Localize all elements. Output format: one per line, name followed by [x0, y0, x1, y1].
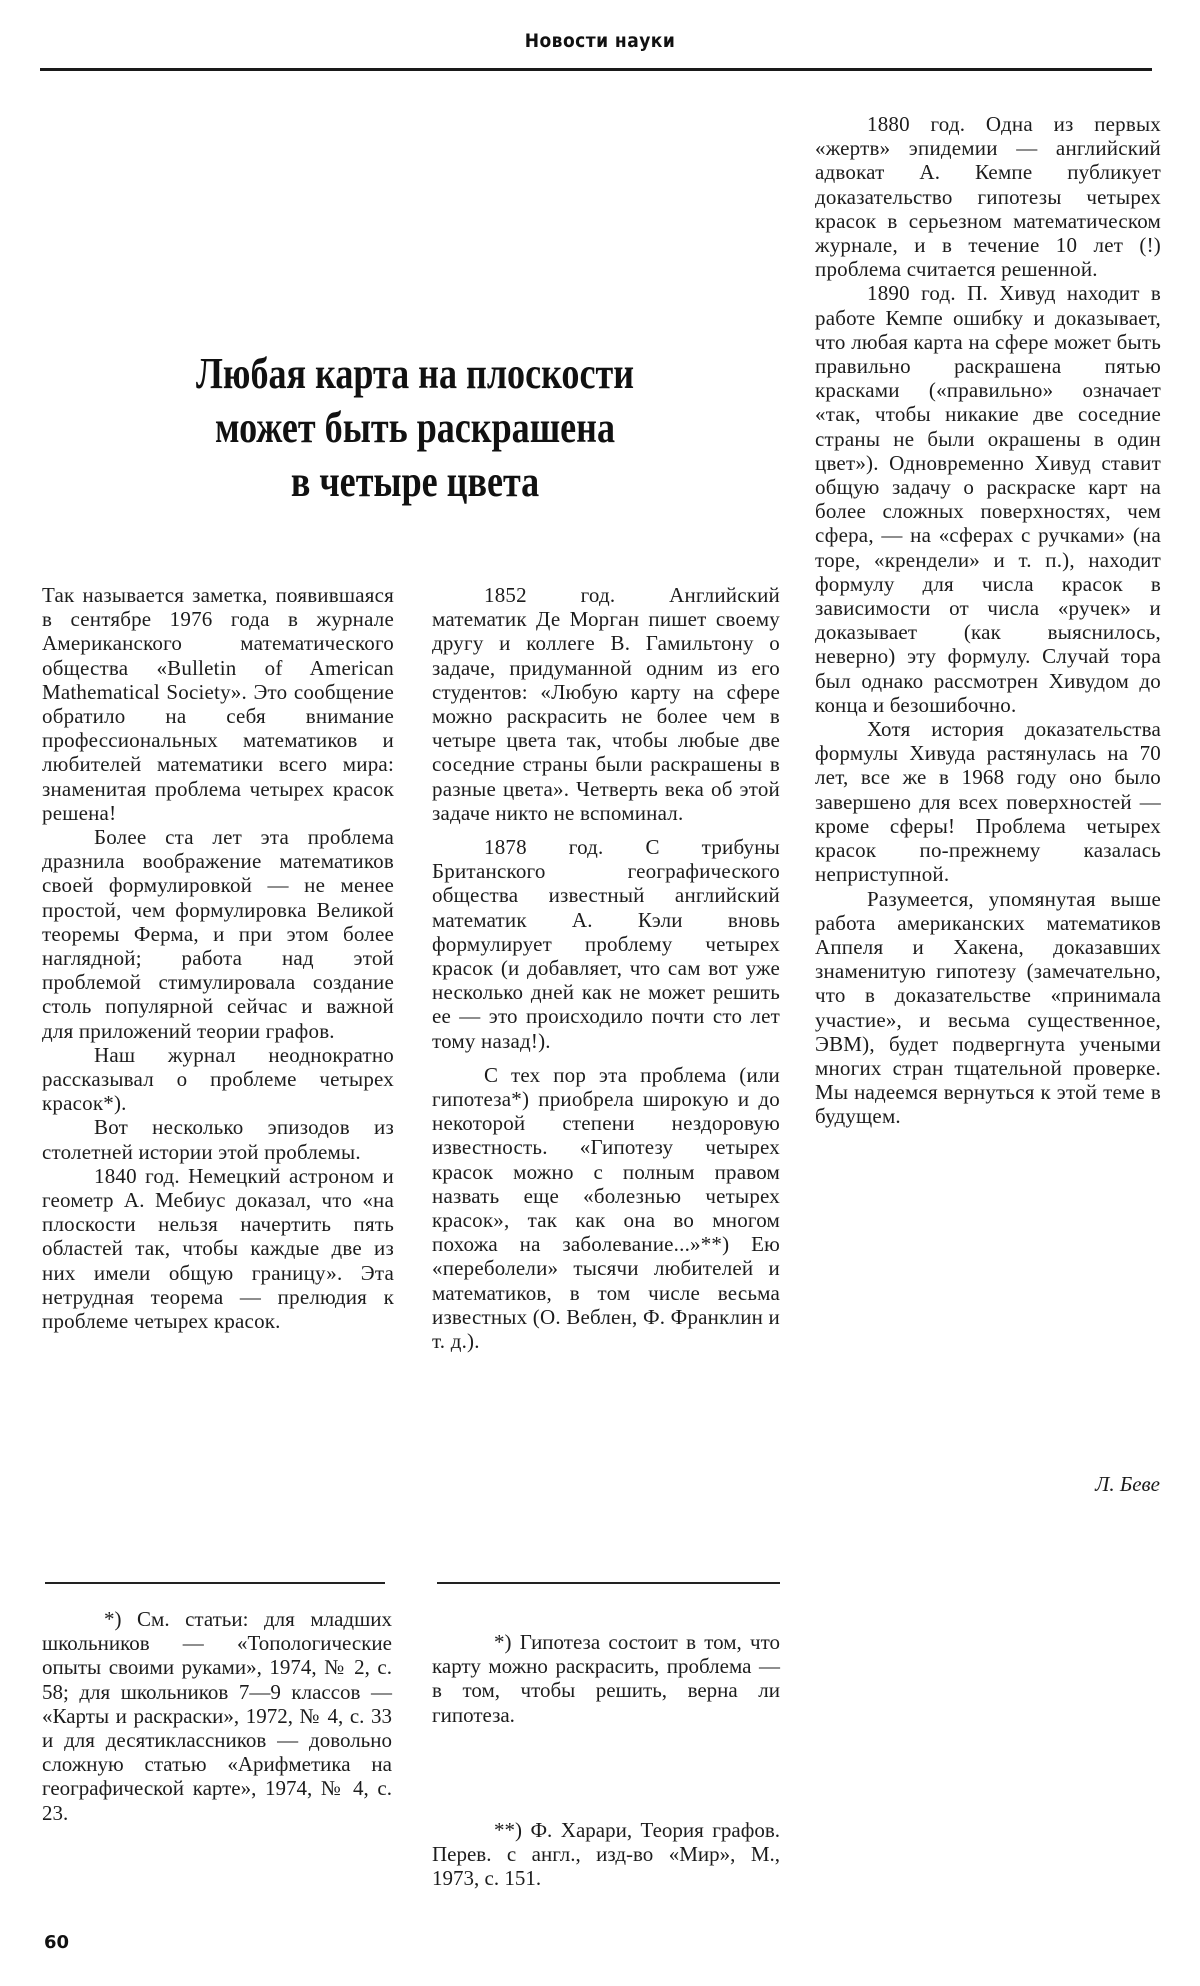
paragraph: Наш журнал неоднократно рассказывал о пр… [42, 1043, 394, 1116]
footnote-rule [437, 1582, 780, 1584]
paragraph: 1840 год. Немецкий астроном и геометр А.… [42, 1164, 394, 1333]
footnote-harary: **) Ф. Харари, Теория графов. Перев. с а… [432, 1818, 780, 1891]
article-title: Любая карта на плоскости может быть раск… [165, 347, 665, 509]
paragraph: Разумеется, упомянутая выше работа амери… [815, 887, 1161, 1129]
paragraph: Хотя история доказательства формулы Хиву… [815, 717, 1161, 886]
paragraph: С тех пор эта проблема (или гипотеза*) п… [432, 1063, 780, 1353]
column-left: Так называется заметка, появившаяся в се… [42, 583, 394, 1333]
title-line: Любая карта на плоскости [165, 347, 665, 401]
paragraph: 1880 год. Одна из первых «жертв» эпидеми… [815, 112, 1161, 281]
paragraph: 1852 год. Английский математик Де Морган… [432, 583, 780, 825]
paragraph: 1878 год. С трибуны Британского географи… [432, 835, 780, 1053]
footnote-articles: *) См. статьи: для младших школьников — … [42, 1607, 392, 1825]
column-right: 1880 год. Одна из первых «жертв» эпидеми… [815, 112, 1161, 1129]
footnote-text: *) Гипотеза состоит в том, что карту мож… [432, 1630, 780, 1727]
page-number: 60 [44, 1932, 69, 1953]
paragraph: Вот несколько эпизодов из столетней исто… [42, 1115, 394, 1163]
running-head: Новости науки [60, 30, 1140, 52]
title-line: может быть раскрашена [165, 401, 665, 455]
title-line: в четыре цвета [165, 455, 665, 509]
footnote-text: **) Ф. Харари, Теория графов. Перев. с а… [432, 1818, 780, 1891]
footnote-rule [45, 1582, 385, 1584]
header-rule [40, 68, 1152, 71]
footnote-hypothesis: *) Гипотеза состоит в том, что карту мож… [432, 1630, 780, 1727]
paragraph: Так называется заметка, появившаяся в се… [42, 583, 394, 825]
column-middle: 1852 год. Английский математик Де Морган… [432, 583, 780, 1353]
footnote-text: *) См. статьи: для младших школьников — … [42, 1607, 392, 1825]
paragraph: 1890 год. П. Хивуд находит в работе Кемп… [815, 281, 1161, 717]
paragraph: Более ста лет эта проблема дразнила вооб… [42, 825, 394, 1043]
author-signature: Л. Беве [815, 1472, 1160, 1497]
